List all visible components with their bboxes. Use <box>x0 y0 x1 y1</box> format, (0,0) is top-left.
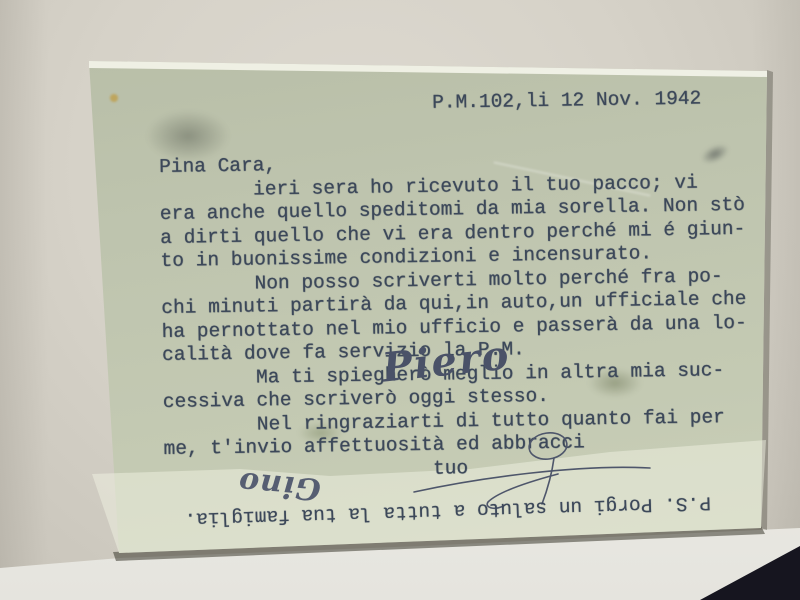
postscript-signature: Gino <box>237 464 323 506</box>
yellow-speck <box>110 94 118 102</box>
postcard-photo: P.M.102,li 12 Nov. 1942 Pina Cara, ieri … <box>0 0 800 600</box>
dateline: P.M.102,li 12 Nov. 1942 <box>432 87 701 113</box>
letter-body: Pina Cara, ieri sera ho ricevuto il tuo … <box>159 147 749 485</box>
